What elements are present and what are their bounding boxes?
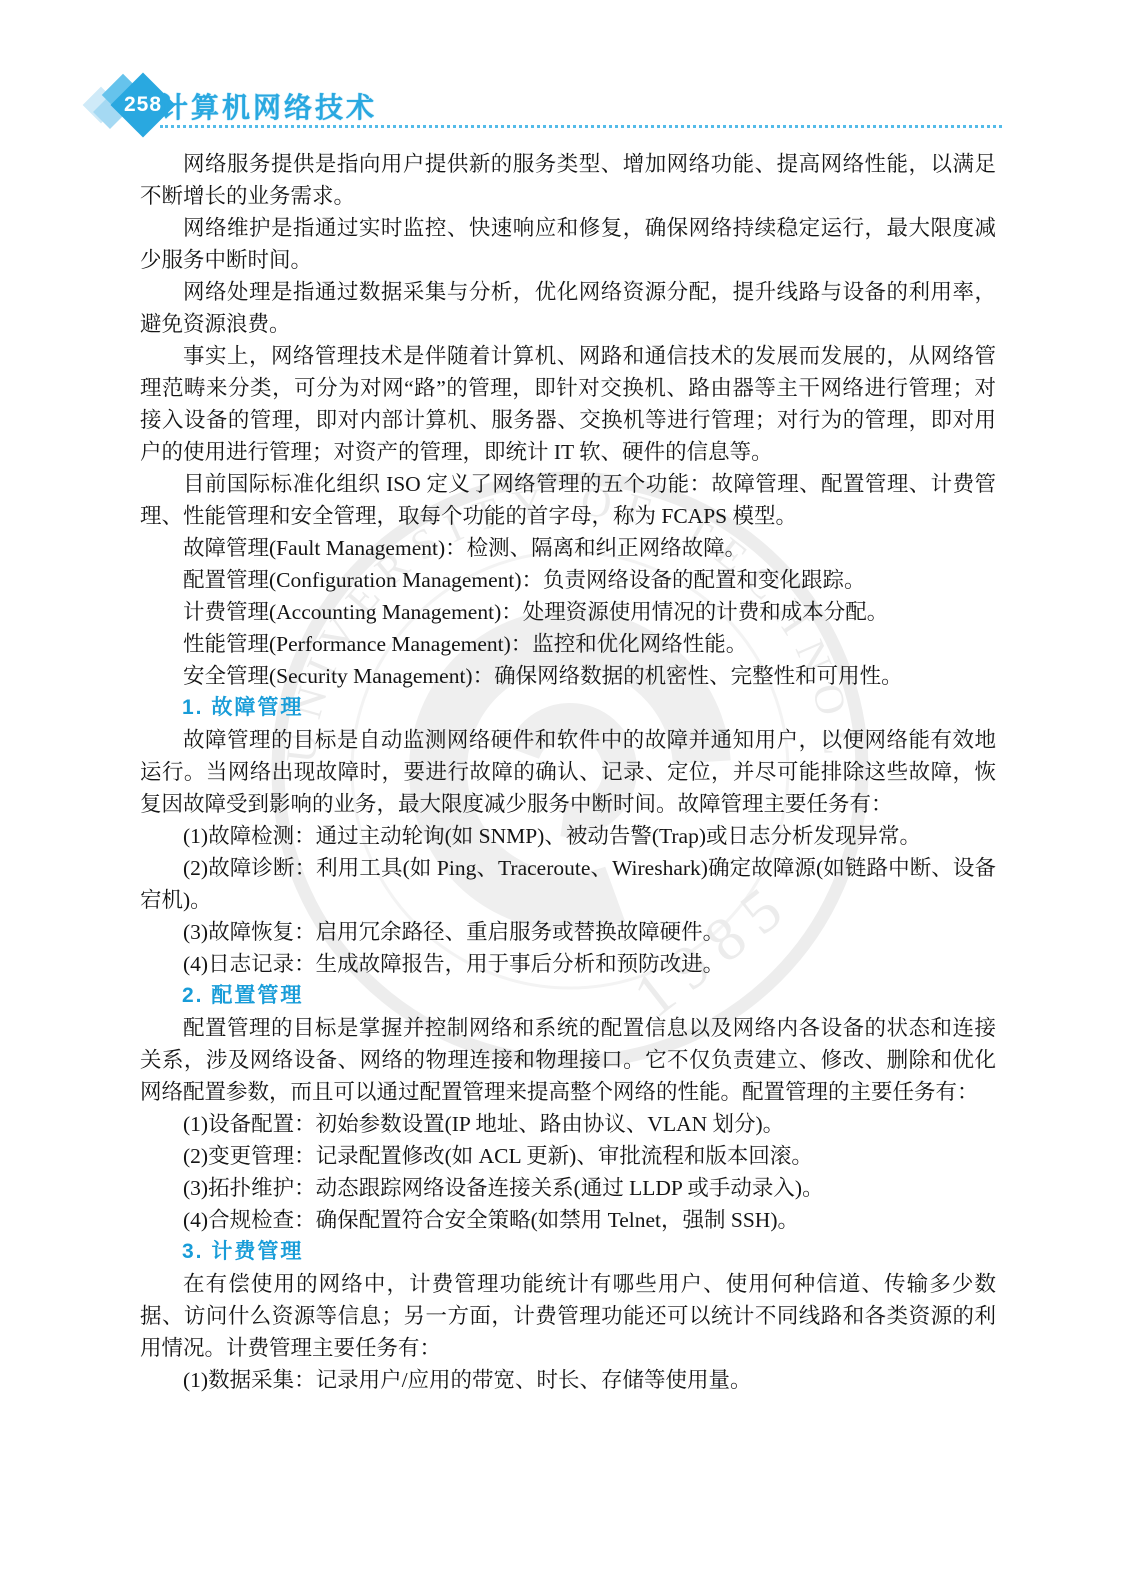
paragraph: (4)合规检查：确保配置符合安全策略(如禁用 Telnet，强制 SSH)。 [140,1204,996,1236]
paragraph: 故障管理的目标是自动监测网络硬件和软件中的故障并通知用户，以便网络能有效地运行。… [140,724,996,820]
book-title: 计算机网络技术 [160,86,377,126]
paragraph: (1)故障检测：通过主动轮询(如 SNMP)、被动告警(Trap)或日志分析发现… [140,820,996,852]
paragraph: 配置管理的目标是掌握并控制网络和系统的配置信息以及网络内各设备的状态和连接关系，… [140,1012,996,1108]
paragraph: 在有偿使用的网络中，计费管理功能统计有哪些用户、使用何种信道、传输多少数据、访问… [140,1268,996,1364]
paragraph: (1)数据采集：记录用户/应用的带宽、时长、存储等使用量。 [140,1364,996,1396]
section-heading: 3. 计费管理 [140,1236,996,1268]
paragraph: 故障管理(Fault Management)：检测、隔离和纠正网络故障。 [140,532,996,564]
paragraph: 配置管理(Configuration Management)：负责网络设备的配置… [140,564,996,596]
paragraph: (1)设备配置：初始参数设置(IP 地址、路由协议、VLAN 划分)。 [140,1108,996,1140]
paragraph: 网络服务提供是指向用户提供新的服务类型、增加网络功能、提高网络性能，以满足不断增… [140,148,996,212]
paragraph: (3)拓扑维护：动态跟踪网络设备连接关系(通过 LLDP 或手动录入)。 [140,1172,996,1204]
paragraph: (2)变更管理：记录配置修改(如 ACL 更新)、审批流程和版本回滚。 [140,1140,996,1172]
textbook-page: UNIVERSITY OF TECHNOLOGY PRESS 1985 258 … [0,0,1128,1571]
paragraph: 目前国际标准化组织 ISO 定义了网络管理的五个功能：故障管理、配置管理、计费管… [140,468,996,532]
paragraph: 性能管理(Performance Management)：监控和优化网络性能。 [140,628,996,660]
paragraph: (2)故障诊断：利用工具(如 Ping、Traceroute、Wireshark… [140,852,996,916]
header-divider [160,125,1002,128]
paragraph: 网络处理是指通过数据采集与分析，优化网络资源分配，提升线路与设备的利用率，避免资… [140,276,996,340]
paragraph: (4)日志记录：生成故障报告，用于事后分析和预防改进。 [140,948,996,980]
section-heading: 2. 配置管理 [140,980,996,1012]
paragraph: 安全管理(Security Management)：确保网络数据的机密性、完整性… [140,660,996,692]
paragraph: 事实上，网络管理技术是伴随着计算机、网路和通信技术的发展而发展的，从网络管理范畴… [140,340,996,468]
page-content: 网络服务提供是指向用户提供新的服务类型、增加网络功能、提高网络性能，以满足不断增… [140,148,996,1396]
page-header: 258 计算机网络技术 [0,0,1128,140]
section-heading: 1. 故障管理 [140,692,996,724]
paragraph: 网络维护是指通过实时监控、快速响应和修复，确保网络持续稳定运行，最大限度减少服务… [140,212,996,276]
paragraph: (3)故障恢复：启用冗余路径、重启服务或替换故障硬件。 [140,916,996,948]
paragraph: 计费管理(Accounting Management)：处理资源使用情况的计费和… [140,596,996,628]
